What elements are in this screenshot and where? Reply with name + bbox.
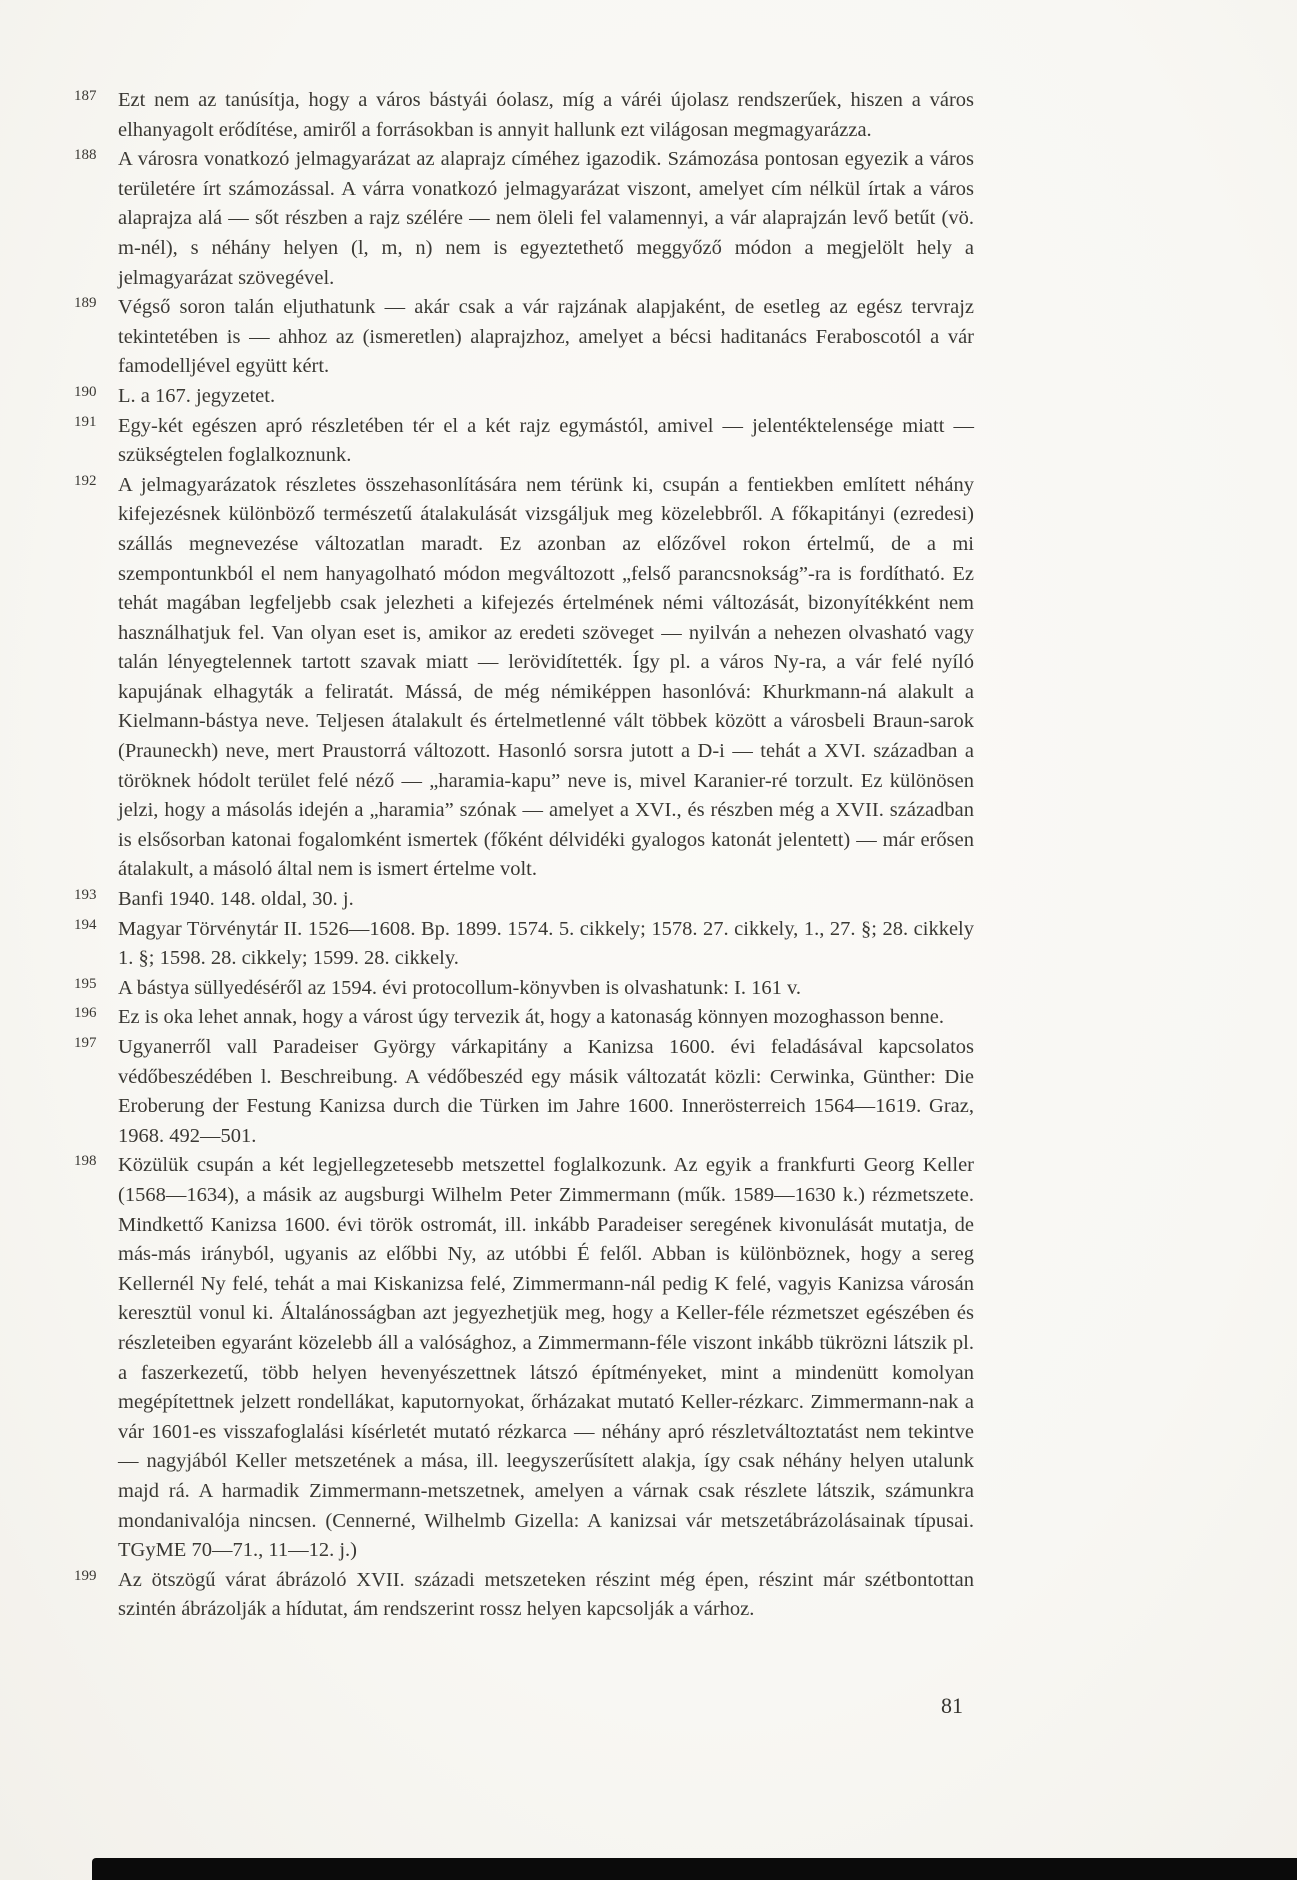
- footnote: 190 L. a 167. jegyzetet.: [118, 382, 974, 412]
- footnote: 199 Az ötszögű várat ábrázoló XVII. száz…: [118, 1566, 974, 1625]
- footnote-number: 195: [74, 976, 97, 993]
- footnote: 198 Közülük csupán a két legjellegzetese…: [118, 1151, 974, 1565]
- footnote-text: Ez is oka lehet annak, hogy a várost úgy…: [118, 1003, 974, 1033]
- footnote-text: L. a 167. jegyzetet.: [118, 382, 974, 412]
- footnote-text: Banfi 1940. 148. oldal, 30. j.: [118, 885, 974, 915]
- footnote-number: 199: [74, 1568, 97, 1585]
- footnote: 193 Banfi 1940. 148. oldal, 30. j.: [118, 885, 974, 915]
- footnote-number: 191: [74, 414, 97, 431]
- footnote: 194 Magyar Törvénytár II. 1526—1608. Bp.…: [118, 915, 974, 974]
- footnote: 191 Egy-két egészen apró részletében tér…: [118, 412, 974, 471]
- footnotes-block: 187 Ezt nem az tanúsítja, hogy a város b…: [118, 86, 974, 1625]
- footnote: 196 Ez is oka lehet annak, hogy a várost…: [118, 1003, 974, 1033]
- footnote: 187 Ezt nem az tanúsítja, hogy a város b…: [118, 86, 974, 145]
- footnote-text: A bástya süllyedéséről az 1594. évi prot…: [118, 974, 974, 1004]
- footnote-number: 192: [74, 473, 97, 490]
- footnote-number: 190: [74, 384, 97, 401]
- footnote-text: Ezt nem az tanúsítja, hogy a város básty…: [118, 86, 974, 145]
- footnote-text: Végső soron talán eljuthatunk — akár csa…: [118, 293, 974, 382]
- footnote: 192 A jelmagyarázatok részletes összehas…: [118, 471, 974, 885]
- footnote-number: 194: [74, 917, 97, 934]
- footnote-number: 198: [74, 1153, 97, 1170]
- footnote-number: 188: [74, 147, 97, 164]
- footnote: 189 Végső soron talán eljuthatunk — akár…: [118, 293, 974, 382]
- footnote-text: Magyar Törvénytár II. 1526—1608. Bp. 189…: [118, 915, 974, 974]
- footnote: 188 A városra vonatkozó jelmagyarázat az…: [118, 145, 974, 293]
- footnote-number: 197: [74, 1035, 97, 1052]
- page-number: 81: [941, 1693, 963, 1719]
- footnote-text: Egy-két egészen apró részletében tér el …: [118, 412, 974, 471]
- footnote-number: 187: [74, 88, 97, 105]
- scan-artifact-bar: [92, 1858, 1297, 1880]
- footnote-number: 193: [74, 887, 97, 904]
- footnote-text: A városra vonatkozó jelmagyarázat az ala…: [118, 145, 974, 293]
- footnote-text: Az ötszögű várat ábrázoló XVII. századi …: [118, 1566, 974, 1625]
- footnote-text: Közülük csupán a két legjellegzetesebb m…: [118, 1151, 974, 1565]
- footnote-number: 196: [74, 1005, 97, 1022]
- footnote: 195 A bástya süllyedéséről az 1594. évi …: [118, 974, 974, 1004]
- footnote-number: 189: [74, 295, 97, 312]
- footnote-text: Ugyanerről vall Paradeiser György várkap…: [118, 1033, 974, 1151]
- footnote: 197 Ugyanerről vall Paradeiser György vá…: [118, 1033, 974, 1151]
- footnote-text: A jelmagyarázatok részletes összehasonlí…: [118, 471, 974, 885]
- scanned-book-page: 187 Ezt nem az tanúsítja, hogy a város b…: [0, 0, 1297, 1880]
